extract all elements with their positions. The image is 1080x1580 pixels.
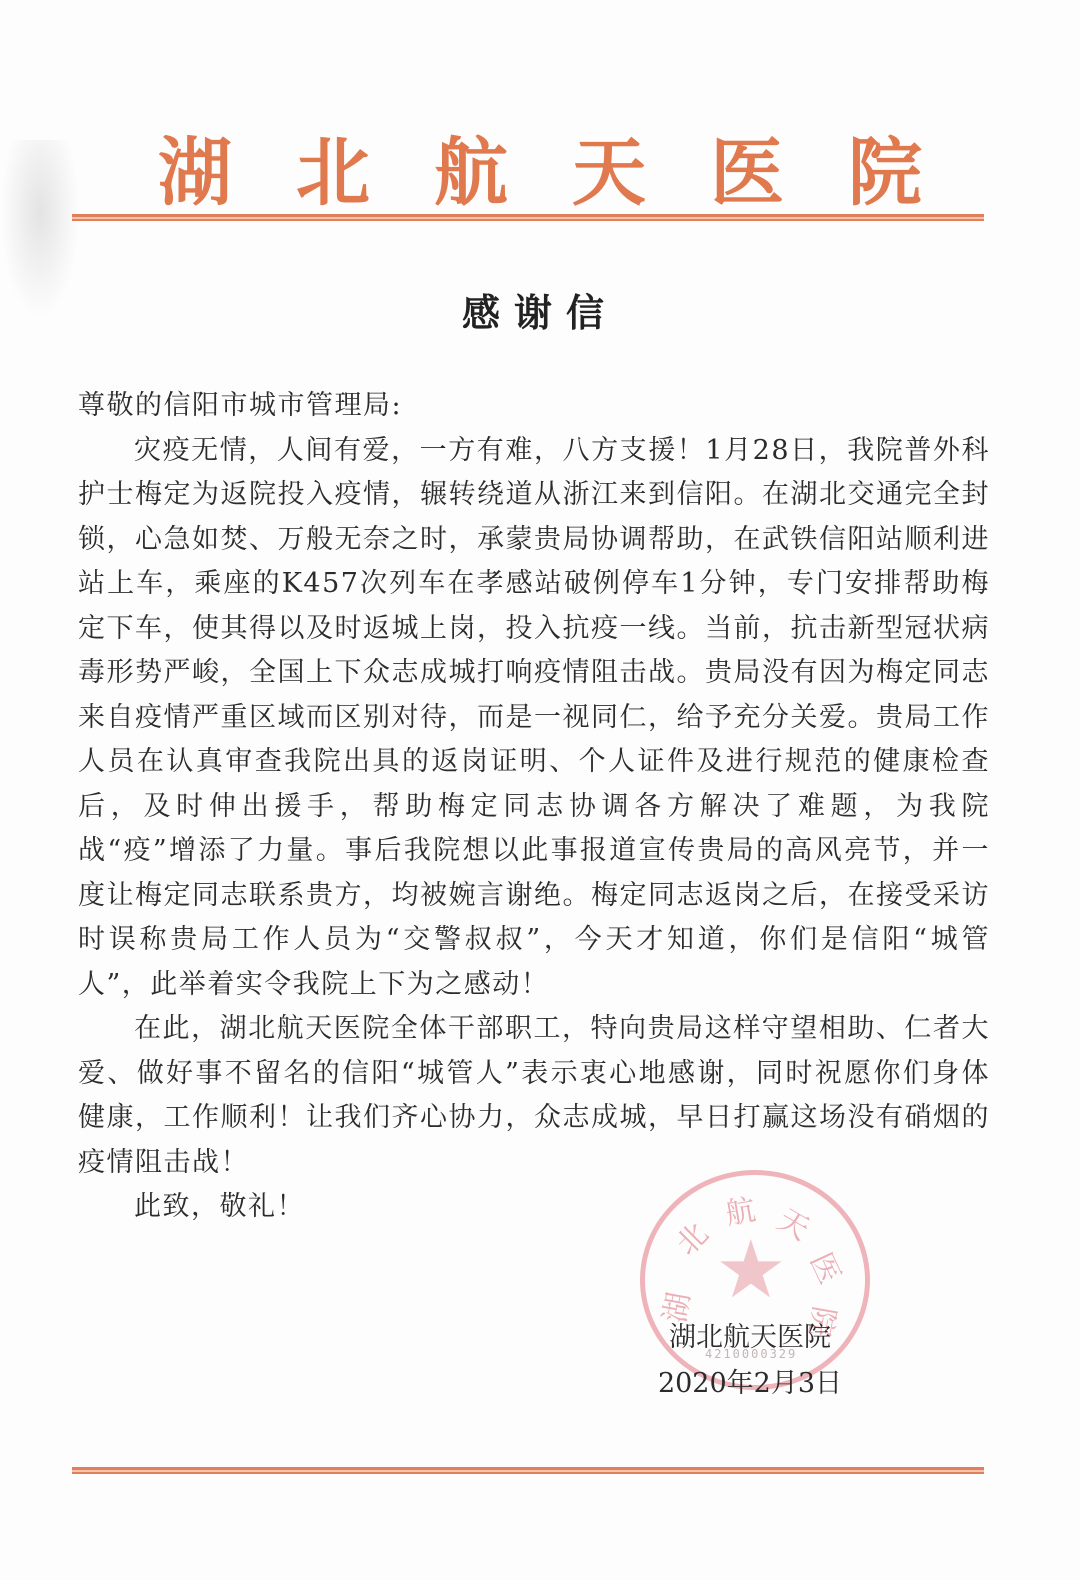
paragraph: 灾疫无情，人间有爱，一方有难，八方支援！1月28日，我院普外科护士梅定为返院投入… [78, 429, 990, 1008]
letter-date: 2020年2月3日 [630, 1361, 870, 1407]
signature-block: 湖北航天医院 2020年2月3日 [630, 1315, 870, 1407]
seal-char: 医 [802, 1244, 855, 1290]
letterhead-char: 天 [564, 128, 654, 218]
sender-name: 湖北航天医院 [630, 1315, 870, 1361]
footer-divider [72, 1467, 984, 1474]
document-title: 感谢信 [0, 282, 1080, 337]
letterhead-divider [72, 214, 984, 221]
letterhead-title: 湖 北 航 天 医 院 [150, 128, 930, 218]
salutation: 尊敬的信阳市城市管理局: [78, 384, 990, 429]
letterhead-char: 院 [840, 128, 930, 218]
seal-char: 北 [664, 1211, 716, 1263]
paragraph: 在此，湖北航天医院全体干部职工，特向贵局这样守望相助、仁者大爱、做好事不留名的信… [78, 1007, 990, 1185]
letterhead-char: 北 [288, 128, 378, 218]
letterhead-char: 湖 [150, 128, 240, 218]
letter-body: 尊敬的信阳市城市管理局: 灾疫无情，人间有爱，一方有难，八方支援！1月28日，我… [78, 384, 990, 1230]
letterhead-char: 航 [426, 128, 516, 218]
star-icon: ★ [715, 1230, 787, 1310]
letterhead-char: 医 [702, 128, 792, 218]
